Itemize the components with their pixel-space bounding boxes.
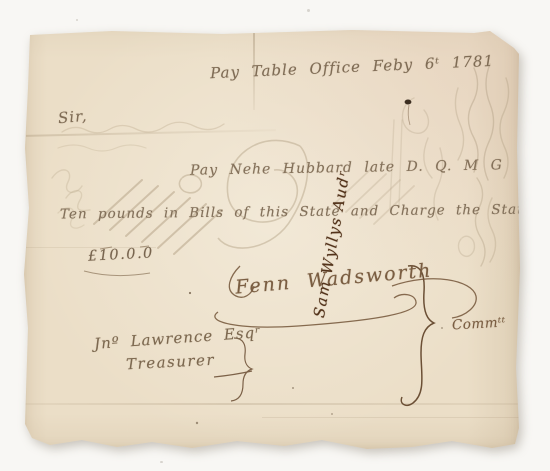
committee-brace <box>401 266 434 405</box>
document-paper-shadow: Pay Table Office Feby 6ᵗ 1781 Sir, Pay N… <box>22 28 522 452</box>
ink-blot <box>405 100 412 126</box>
background-speck <box>307 9 310 12</box>
background-speck <box>76 19 78 21</box>
ink-marks-overlay <box>22 28 522 452</box>
committee-label: Commᵗᵗ <box>452 315 506 334</box>
scan-background: Pay Table Office Feby 6ᵗ 1781 Sir, Pay N… <box>0 0 550 471</box>
document-paper: Pay Table Office Feby 6ᵗ 1781 Sir, Pay N… <box>22 28 522 452</box>
background-speck <box>160 461 163 463</box>
treasurer-brace <box>214 338 252 401</box>
salutation-text: Sir, <box>57 107 88 127</box>
